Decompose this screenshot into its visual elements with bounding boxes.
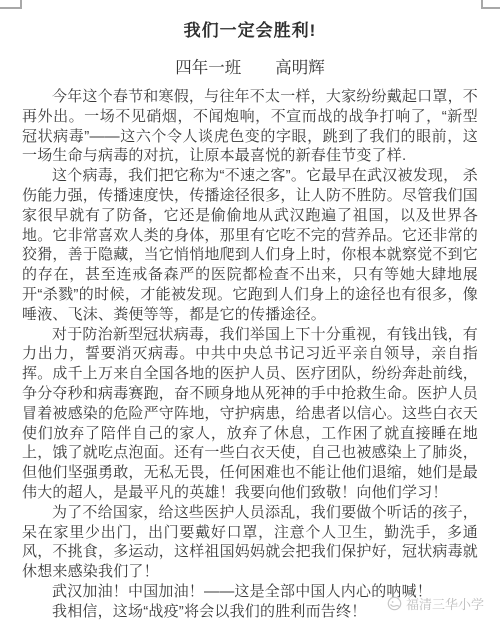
byline-author: 高明辉 — [275, 59, 325, 77]
byline-class: 四年一班 — [175, 59, 241, 77]
watermark-text: 福清三华小学 — [406, 594, 484, 613]
essay-title: 我们一定会胜利! — [0, 16, 500, 41]
essay-paragraph: 这个病毒，我们把它称为“不速之客”。它最早在武汉被发现， 杀伤能力强，传播速度快… — [22, 166, 478, 324]
watermark: 福清三华小学 — [387, 594, 484, 613]
cropped-frame-corner-left — [0, 0, 22, 9]
essay-body: 今年这个春节和寒假，与往年不太一样，大家纷纷戴起口罩，不再外出。一场不见硝烟，不… — [22, 87, 478, 622]
essay-paragraph: 对于防治新型冠状病毒，我们举国上下十分重视，有钱出钱，有力出力，誓要消灭病毒。中… — [22, 325, 478, 503]
cropped-frame-corner-right — [481, 0, 500, 9]
essay-paragraph: 为了不给国家，给这些医护人员添乱，我们要做个听话的孩子，呆在家里少出门，出门要戴… — [22, 503, 478, 582]
essay-page: 我们一定会胜利! 四年一班高明辉 今年这个春节和寒假，与往年不太一样，大家纷纷戴… — [0, 0, 500, 622]
byline: 四年一班高明辉 — [0, 54, 500, 78]
essay-paragraph: 今年这个春节和寒假，与往年不太一样，大家纷纷戴起口罩，不再外出。一场不见硝烟，不… — [22, 87, 478, 166]
school-logo-icon — [387, 596, 402, 611]
